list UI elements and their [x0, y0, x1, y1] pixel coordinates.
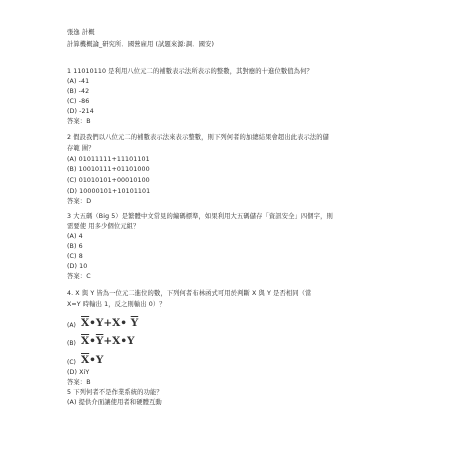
q4-option-c-formula: X•Y [81, 354, 103, 366]
q4-option-d: (D) XiY [67, 369, 89, 377]
q1-option-d: (D) -214 [67, 108, 94, 116]
header-author: 張逸 計概 [67, 29, 95, 37]
header-subtitle: 計算機概論_研究所．國營雇用 (試題來源:調．國安) [67, 41, 214, 49]
q3-stem-2: 需要使 用多少個位元組？ [67, 223, 139, 231]
q3-option-c: (C) 8 [67, 253, 83, 261]
q2-stem-2: 存範 圍？ [67, 145, 95, 153]
q1-answer: 答案：B [67, 118, 91, 126]
q4-option-b-label: (B) [67, 340, 76, 347]
q1-option-a: (A) -41 [67, 78, 89, 86]
q4-option-c-label: (C) [67, 359, 76, 366]
q5-option-a: (A) 提供介面讓使用者和硬體互動 [67, 399, 162, 407]
q4-option-a-label: (A) [67, 322, 76, 329]
q5-stem: 5 下列何者不是作業系統的功能？ [67, 389, 163, 397]
q4-option-b-formula: X•Y+X•Y [81, 335, 135, 347]
q3-stem-1: 3 大五碼（Big 5）是繁體中文常見的編碼標準，如果利用大五碼儲存「資訊安全」… [67, 213, 333, 221]
q1-option-b: (B) -42 [67, 88, 89, 96]
q4-option-a-formula: X•Y+X• Y [81, 317, 138, 329]
q4-stem-2: X=Y 時輸出 1，反之則輸出 0）？ [67, 301, 166, 309]
q3-option-b: (B) 6 [67, 243, 83, 251]
q3-option-d: (D) 10 [67, 263, 87, 271]
q2-option-c: (C) 01010101+00010100 [67, 177, 150, 185]
q1-option-c: (C) -86 [67, 98, 89, 106]
q4-stem-1: 4. X 與 Y 皆為一位元二進位的數，下列何者布林函式可用於判斷 X 與 Y … [67, 290, 311, 298]
q2-stem-1: 2 假設我們以八位元二的補數表示法來表示整數，則下列何者的加總結果會超出此表示法… [67, 134, 329, 142]
q2-option-b: (B) 10010111+01101000 [67, 166, 150, 174]
q1-stem: 1 11010110 是利用八位元二的補數表示法所表示的整數，其對應的十進位數值… [67, 68, 313, 76]
q2-option-a: (A) 01011111+11101101 [67, 156, 150, 164]
q2-answer: 答案：D [67, 198, 91, 206]
q3-option-a: (A) 4 [67, 233, 83, 241]
q3-answer: 答案：C [67, 273, 91, 281]
q4-answer: 答案：B [67, 379, 91, 387]
q2-option-d: (D) 10000101+10101101 [67, 188, 150, 196]
